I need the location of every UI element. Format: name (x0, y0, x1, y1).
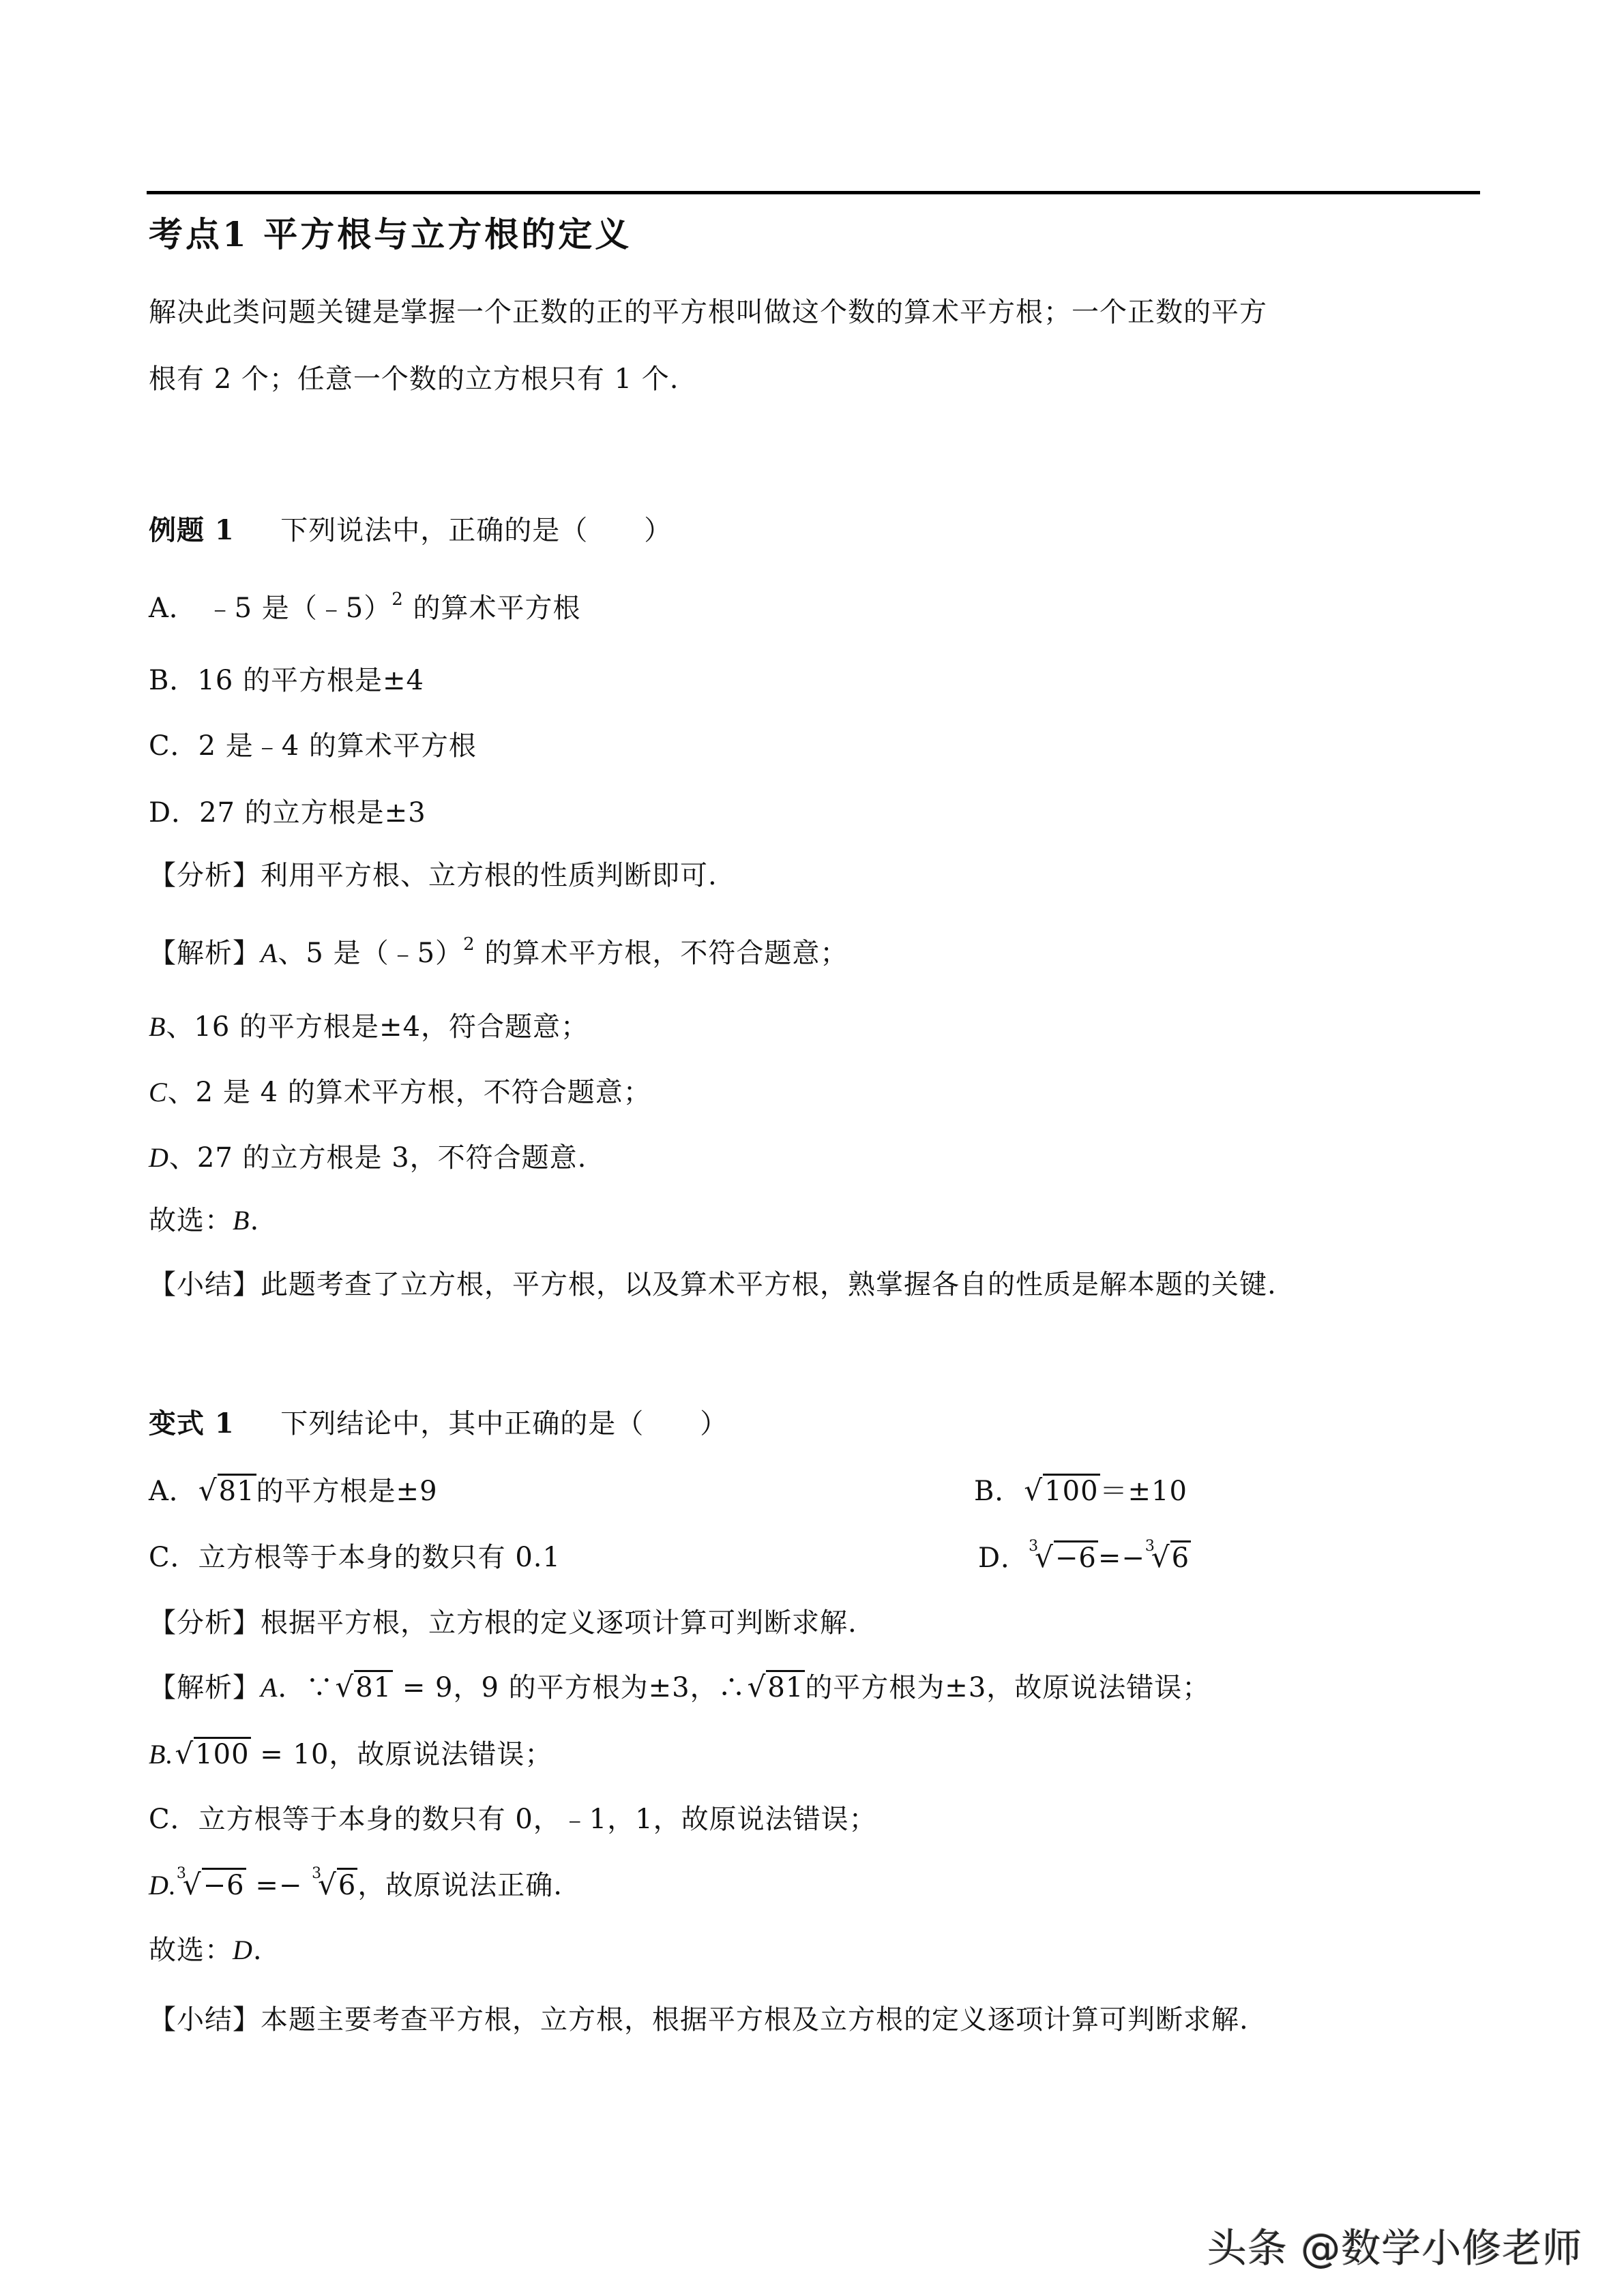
variant1-answer: 故选：D. (149, 1933, 263, 1968)
variant1-analysis: 【分析】根据平方根，立方根的定义逐项计算可判断求解. (149, 1605, 857, 1641)
variant1-option-b: B．√100＝±10 (974, 1473, 1187, 1509)
header-rule (147, 191, 1480, 194)
variant1-label: 变式 1 (149, 1407, 235, 1440)
variant1-option-d: D．3√−6=−3√6 (978, 1540, 1191, 1581)
example1-option-a: A． ﹣5 是（﹣5）2 的算术平方根 (149, 591, 581, 626)
example1-summary: 【小结】此题考查了立方根，平方根，以及算术平方根，熟掌握各自的性质是解本题的关键… (149, 1267, 1277, 1302)
example1-option-d: D．27 的立方根是±3 (149, 795, 426, 831)
variant1-options-row-1: A．√81的平方根是±9 B．√100＝±10 (149, 1473, 1445, 1509)
watermark: 头条 @数学小修老师 (1207, 2216, 1582, 2273)
analysis-tag: 【分析】 (149, 1607, 261, 1639)
variant1-summary: 【小结】本题主要考查平方根，立方根，根据平方根及立方根的定义逐项计算可判断求解. (149, 2002, 1249, 2038)
cube-root-symbol: √6 (1150, 1540, 1191, 1576)
variant1-question-row: 变式 1 下列结论中，其中正确的是（ ） (149, 1406, 728, 1442)
sqrt-symbol: √100 (1022, 1473, 1099, 1509)
example1-solution-a: 【解析】A、5 是（﹣5）2 的算术平方根，不符合题意； (149, 936, 848, 971)
example1-solution-d: D、27 的立方根是 3，不符合题意. (149, 1140, 587, 1176)
summary-tag: 【小结】 (149, 2004, 261, 2036)
example1-label: 例题 1 (149, 514, 235, 546)
example1-answer: 故选：B. (149, 1203, 259, 1238)
variant1-options-row-2: C．立方根等于本身的数只有 0.1 D．3√−6=−3√6 (149, 1540, 1445, 1575)
variant1-solution-a: 【解析】A．∵√81 = 9，9 的平方根为±3，∴√81的平方根为±3，故原说… (149, 1669, 1210, 1705)
intro-line-2: 根有 2 个；任意一个数的立方根只有 1 个. (149, 361, 679, 397)
variant1-solution-c: C．立方根等于本身的数只有 0，﹣1，1，故原说法错误； (149, 1802, 877, 1837)
example1-question: 下列说法中，正确的是（ ） (280, 515, 672, 546)
variant1-option-a: A．√81的平方根是±9 (149, 1476, 438, 1507)
analysis-tag: 【分析】 (149, 860, 261, 891)
example1-question-row: 例题 1 下列说法中，正确的是（ ） (149, 513, 672, 548)
example1-solution-b: B、16 的平方根是±4，符合题意； (149, 1009, 589, 1045)
example1-analysis: 【分析】利用平方根、立方根的性质判断即可. (149, 858, 718, 893)
variant1-solution-d: D.3√−6 =− 3√6，故原说法正确. (149, 1867, 563, 1908)
variant1-option-c: C．立方根等于本身的数只有 0.1 (149, 1542, 561, 1573)
variant1-question: 下列结论中，其中正确的是（ ） (280, 1408, 728, 1440)
intro-line-1: 解决此类问题关键是掌握一个正数的正的平方根叫做这个数的算术平方根；一个正数的平方 (149, 295, 1267, 330)
sqrt-symbol: √81 (197, 1473, 256, 1509)
cube-root-symbol: √6 (316, 1867, 357, 1903)
example1-solution-c: C、2 是 4 的算术平方根，不符合题意； (149, 1075, 651, 1110)
solution-tag: 【解析】 (149, 1672, 261, 1703)
cube-root-symbol: √−6 (181, 1867, 246, 1903)
solution-tag: 【解析】 (149, 938, 261, 969)
summary-tag: 【小结】 (149, 1269, 261, 1300)
sqrt-symbol: √81 (746, 1669, 806, 1705)
example1-option-b: B．16 的平方根是±4 (149, 663, 424, 698)
example1-option-c: C．2 是﹣4 的算术平方根 (149, 728, 477, 764)
sqrt-symbol: √81 (334, 1669, 393, 1705)
sqrt-symbol: √100 (173, 1736, 250, 1772)
cube-root-symbol: √−6 (1033, 1540, 1098, 1576)
section-title: 考点1 平方根与立方根的定义 (149, 217, 632, 252)
variant1-solution-b: B.√100 = 10，故原说法错误； (149, 1736, 552, 1772)
